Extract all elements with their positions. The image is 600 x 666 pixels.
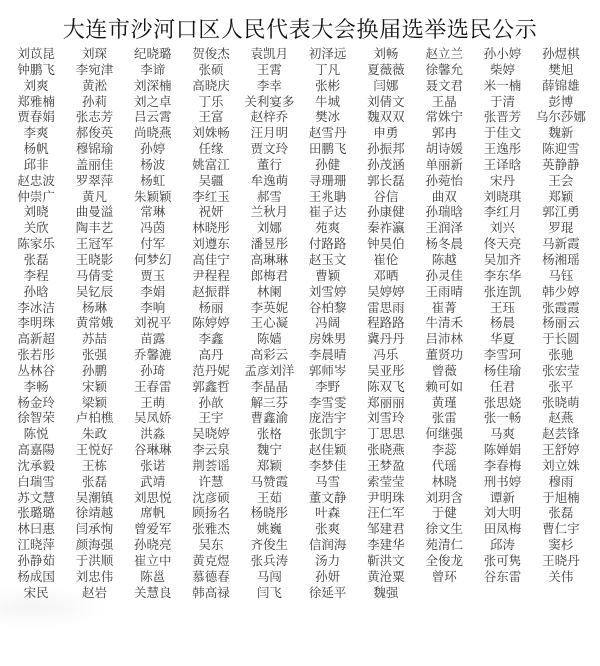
voter-name: 江晓萍 bbox=[7, 537, 65, 553]
voter-name: 郑颖 bbox=[532, 189, 590, 205]
voter-name: 陈双飞 bbox=[357, 379, 415, 395]
voter-name: 刘忠伟 bbox=[65, 569, 123, 585]
roster-row: 高嘉陽 王悦好 谷琳琳 李云泉 魏宁 赵佳颖 张晓燕 李蕊 陈婵娟 王舒婷 bbox=[7, 442, 590, 458]
voter-name: 索莹莹 bbox=[357, 474, 415, 490]
voter-name: 胡诗媛 bbox=[415, 141, 473, 157]
voter-name: 王宇 bbox=[182, 410, 240, 426]
voter-name: 任缘 bbox=[182, 141, 240, 157]
voter-name: 沈彦硕 bbox=[182, 490, 240, 506]
voter-name: 刘兴 bbox=[473, 220, 531, 236]
voter-name: 樊冰 bbox=[298, 109, 356, 125]
voter-name: 杨晓彤 bbox=[240, 505, 298, 521]
voter-name: 曾环 bbox=[415, 569, 473, 585]
voter-name: 刘姝畅 bbox=[182, 125, 240, 141]
voter-name: 李冰洁 bbox=[7, 300, 65, 316]
voter-name: 陈婷婷 bbox=[182, 315, 240, 331]
voter-name: 赵佳颖 bbox=[298, 442, 356, 458]
roster-row: 赵忠波 罗翠萍 杨虹 吴疆 牟逸萌 寻珊珊 郭长磊 孙菀怡 宋丹 王会 bbox=[7, 173, 590, 189]
voter-name: 朱颖颖 bbox=[124, 189, 182, 205]
voter-name: 刘雪玲 bbox=[357, 410, 415, 426]
voter-name: 陈越 bbox=[415, 252, 473, 268]
roster-row: 白瑞雪 张磊 武靖 许慧 马赞霞 马雪 索莹莹 林晓 刑书婷 穆雨 bbox=[7, 474, 590, 490]
voter-name: 代瑶 bbox=[415, 458, 473, 474]
scan-artifact bbox=[0, 585, 110, 630]
voter-name: 崔子达 bbox=[298, 204, 356, 220]
voter-name: 丁凡 bbox=[298, 62, 356, 78]
voter-name: 魏新 bbox=[532, 125, 590, 141]
voter-name: 李野 bbox=[298, 379, 356, 395]
voter-name: 祝妍 bbox=[182, 204, 240, 220]
voter-name: 罗琨 bbox=[532, 220, 590, 236]
voter-name: 袁凯月 bbox=[240, 46, 298, 62]
voter-name: 何继强 bbox=[415, 426, 473, 442]
voter-name: 郭冉 bbox=[415, 125, 473, 141]
voter-name: 李红玉 bbox=[182, 189, 240, 205]
voter-name: 牟逸萌 bbox=[240, 173, 298, 189]
voter-name: 刘倩文 bbox=[357, 94, 415, 110]
voter-name: 李鑫 bbox=[182, 331, 240, 347]
voter-name: 颜海强 bbox=[65, 537, 123, 553]
voter-name: 常琳 bbox=[124, 204, 182, 220]
voter-name: 张志芳 bbox=[65, 109, 123, 125]
voter-name: 于清 bbox=[473, 94, 531, 110]
voter-name: 张磊 bbox=[532, 505, 590, 521]
voter-name: 孙婷 bbox=[124, 141, 182, 157]
voter-name: 于洪顺 bbox=[65, 553, 123, 569]
voter-name: 张晓萌 bbox=[532, 395, 590, 411]
voter-name: 佟天亮 bbox=[473, 236, 531, 252]
voter-name: 苏喆 bbox=[65, 331, 123, 347]
roster-row: 贾春娟 张志芳 吕云霄 王富 赵梓乔 樊冰 魏双双 常姝宁 张晋芳 乌尔莎娜 bbox=[7, 109, 590, 125]
voter-name: 于健 bbox=[415, 505, 473, 521]
voter-name: 崔菁 bbox=[415, 300, 473, 316]
voter-name: 钟昊伯 bbox=[357, 236, 415, 252]
voter-name: 郭师岑 bbox=[298, 363, 356, 379]
voter-name: 张雷 bbox=[415, 410, 473, 426]
voter-name: 吴凤娇 bbox=[124, 410, 182, 426]
voter-name: 吴加齐 bbox=[473, 252, 531, 268]
voter-name: 郑颖 bbox=[240, 458, 298, 474]
voter-name: 贺俊杰 bbox=[182, 46, 240, 62]
voter-name: 杨丽 bbox=[182, 300, 240, 316]
voter-name: 杨佳瑜 bbox=[473, 363, 531, 379]
voter-name: 吴婷婷 bbox=[357, 284, 415, 300]
voter-name: 赵立兰 bbox=[415, 46, 473, 62]
roster-row: 张璐璐 徐靖越 席帆 顾扬名 杨晓彤 叶森 汪仁军 于健 刘大明 张磊 bbox=[7, 505, 590, 521]
voter-name: 张可隽 bbox=[473, 553, 531, 569]
voter-name: 赵忠波 bbox=[7, 173, 65, 189]
voter-name: 英静静 bbox=[532, 157, 590, 173]
voter-name: 魏强 bbox=[357, 585, 415, 601]
voter-name: 马钰 bbox=[532, 268, 590, 284]
voter-name: 邱非 bbox=[7, 157, 65, 173]
roster-row: 杨帆 穆锦瑜 孙婷 任缘 贾文玲 田鹏飞 孙振邦 胡诗媛 王逸彤 陈迎雪 bbox=[7, 141, 590, 157]
voter-name: 洪淼 bbox=[124, 426, 182, 442]
voter-name: 魏宁 bbox=[240, 442, 298, 458]
voter-name: 汤力 bbox=[298, 553, 356, 569]
voter-name: 杨冬晨 bbox=[415, 236, 473, 252]
voter-name: 信润海 bbox=[298, 537, 356, 553]
roster-row: 李畅 宋颖 王春雷 郭鑫哲 李晶晶 李野 陈双飞 赖可如 任君 张平 bbox=[7, 379, 590, 395]
voter-name: 孙妍 bbox=[298, 569, 356, 585]
voter-name: 初泽远 bbox=[298, 46, 356, 62]
voter-name: 李晶晶 bbox=[240, 379, 298, 395]
voter-name: 白瑞雪 bbox=[7, 474, 65, 490]
roster-row: 高新超 苏喆 苗露 李鑫 陈嫱 房姝男 冀丹丹 吕沛林 华夏 于长圆 bbox=[7, 331, 590, 347]
voter-name: 潘昱彤 bbox=[240, 236, 298, 252]
voter-name: 刘晓 bbox=[7, 204, 65, 220]
voter-name: 张若彤 bbox=[7, 347, 65, 363]
voter-name: 孙茂涵 bbox=[357, 157, 415, 173]
voter-name: 单丽新 bbox=[415, 157, 473, 173]
voter-name: 刘之卓 bbox=[124, 94, 182, 110]
voter-name: 王茹 bbox=[240, 490, 298, 506]
voter-name: 刘遵东 bbox=[182, 236, 240, 252]
voter-name: 田凤梅 bbox=[473, 521, 531, 537]
voter-name: 曾薇 bbox=[415, 363, 473, 379]
voter-name: 马赞霞 bbox=[240, 474, 298, 490]
voter-name: 吕云霄 bbox=[124, 109, 182, 125]
roster-row: 陈家乐 王冠军 付军 刘遵东 潘昱彤 付路路 钟昊伯 杨冬晨 佟天亮 马新霞 bbox=[7, 236, 590, 252]
voter-name: 汪月明 bbox=[240, 125, 298, 141]
voter-name: 林阑 bbox=[240, 284, 298, 300]
voter-name: 王富 bbox=[182, 109, 240, 125]
voter-name: 孙莉 bbox=[65, 94, 123, 110]
voter-name: 丁乐 bbox=[182, 94, 240, 110]
voter-name: 张宏莹 bbox=[532, 363, 590, 379]
voter-name: 曹颖 bbox=[298, 268, 356, 284]
voter-name: 王霄 bbox=[240, 62, 298, 78]
document-title: 大连市沙河口区人民代表大会换届选举选民公示 bbox=[0, 19, 600, 43]
voter-name: 尹程程 bbox=[182, 268, 240, 284]
voter-name: 高新超 bbox=[7, 331, 65, 347]
voter-name: 于佳文 bbox=[473, 125, 531, 141]
voter-name: 张晋芳 bbox=[473, 109, 531, 125]
voter-name: 李英妮 bbox=[240, 300, 298, 316]
voter-name: 赵玉文 bbox=[298, 252, 356, 268]
roster-row: 仲崇广 黄凡 朱颖颖 李红玉 郝雪 王兆聃 谷信 曲双 刘晓琪 郑颖 bbox=[7, 189, 590, 205]
roster-row: 张磊 王晓影 何梦幻 高佳宁 高琳琳 赵玉文 崔伦 陈越 吴加齐 杨湘瑶 bbox=[7, 252, 590, 268]
voter-name: 郑丽丽 bbox=[357, 395, 415, 411]
voter-name: 王译晗 bbox=[473, 157, 531, 173]
voter-name: 杨波 bbox=[124, 157, 182, 173]
voter-name: 杨晨 bbox=[473, 315, 531, 331]
voter-name: 于旭楠 bbox=[532, 490, 590, 506]
voter-name: 贾玉 bbox=[124, 268, 182, 284]
voter-name: 魏双双 bbox=[357, 109, 415, 125]
voter-name: 陈婵娟 bbox=[473, 442, 531, 458]
voter-name: 刑书婷 bbox=[473, 474, 531, 490]
voter-name: 马爽 bbox=[473, 426, 531, 442]
voter-name: 冯阔 bbox=[298, 315, 356, 331]
voter-name: 齐俊生 bbox=[240, 537, 298, 553]
voter-name: 顾扬名 bbox=[182, 505, 240, 521]
voter-name: 孙振邦 bbox=[357, 141, 415, 157]
voter-name: 付路路 bbox=[298, 236, 356, 252]
voter-name: 李娟 bbox=[124, 284, 182, 300]
voter-name: 尹明珠 bbox=[357, 490, 415, 506]
voter-name: 谷信 bbox=[357, 189, 415, 205]
roster-row: 刘爽 黄淞 刘深楠 高晓庆 李幸 张彬 闫娜 聂文君 米一楠 薛锦雄 bbox=[7, 78, 590, 94]
roster-row: 徐智荣 卢柏樵 吴凤娇 王宇 曹鑫渝 庞浩宇 刘雪玲 张雷 张一畅 赵燕 bbox=[7, 410, 590, 426]
voter-name: 武靖 bbox=[124, 474, 182, 490]
voter-name: 张格 bbox=[240, 426, 298, 442]
roster-row: 沈承毅 王栋 张诺 荆荟谣 郑颖 李梦佳 王梦盈 代瑶 李春梅 刘立姝 bbox=[7, 458, 590, 474]
voter-name: 王晓丹 bbox=[532, 553, 590, 569]
voter-name: 苑清仁 bbox=[415, 537, 473, 553]
voter-name: 李雪雯 bbox=[298, 395, 356, 411]
voter-name: 刘思悦 bbox=[124, 490, 182, 506]
voter-name: 孙灵佳 bbox=[415, 268, 473, 284]
voter-name: 张爽 bbox=[298, 521, 356, 537]
voter-name: 杨成国 bbox=[7, 569, 65, 585]
voter-name: 王冠军 bbox=[65, 236, 123, 252]
voter-name: 兰秋月 bbox=[240, 204, 298, 220]
voter-name: 张诺 bbox=[124, 458, 182, 474]
voter-name: 陈悦 bbox=[7, 426, 65, 442]
voter-name: 张雅杰 bbox=[182, 521, 240, 537]
voter-name: 刘苡昆 bbox=[7, 46, 65, 62]
voter-name: 孙晗 bbox=[7, 284, 65, 300]
roster-row: 江晓萍 颜海强 孙晓亮 吴东 齐俊生 信润海 李建华 苑清仁 邱涛 窦杉 bbox=[7, 537, 590, 553]
voter-name: 陈嫱 bbox=[240, 331, 298, 347]
voter-name: 郎梅君 bbox=[240, 268, 298, 284]
voter-name: 孙健 bbox=[298, 157, 356, 173]
voter-name: 华夏 bbox=[473, 331, 531, 347]
voter-name: 杨虹 bbox=[124, 173, 182, 189]
voter-name: 姚富江 bbox=[182, 157, 240, 173]
voter-name: 聂文君 bbox=[415, 78, 473, 94]
roster-row: 刘苡昆 刘琛 纪晓璐 贺俊杰 袁凯月 初泽远 刘畅 赵立兰 孙小婷 孙煜棋 bbox=[7, 46, 590, 62]
voter-name: 关利宴多 bbox=[240, 94, 298, 110]
voter-name: 林晓 bbox=[415, 474, 473, 490]
voter-name: 韩少婷 bbox=[532, 284, 590, 300]
voter-name: 孟彦刘洋 bbox=[240, 363, 298, 379]
voter-name: 席帆 bbox=[124, 505, 182, 521]
voter-name: 何梦幻 bbox=[124, 252, 182, 268]
voter-name: 张璐璐 bbox=[7, 505, 65, 521]
voter-name: 马闯 bbox=[240, 569, 298, 585]
voter-name: 李雪珂 bbox=[473, 347, 531, 363]
voter-name: 靳洪文 bbox=[357, 553, 415, 569]
voter-name: 吕沛林 bbox=[415, 331, 473, 347]
voter-name: 田鹏飞 bbox=[298, 141, 356, 157]
voter-name: 秦祚瀛 bbox=[357, 220, 415, 236]
voter-name: 张连凯 bbox=[473, 284, 531, 300]
voter-name: 陶丰艺 bbox=[65, 220, 123, 236]
voter-name: 邹建君 bbox=[357, 521, 415, 537]
voter-name: 刘立姝 bbox=[532, 458, 590, 474]
voter-name: 王会 bbox=[532, 173, 590, 189]
voter-name: 闫娜 bbox=[357, 78, 415, 94]
voter-name: 曾爱军 bbox=[124, 521, 182, 537]
roster-row: 邱非 盖丽佳 杨波 姚富江 董行 孙健 孙茂涵 单丽新 王译晗 英静静 bbox=[7, 157, 590, 173]
voter-name: 关伟 bbox=[532, 569, 590, 585]
voter-name: 张彬 bbox=[298, 78, 356, 94]
voter-name: 薛锦雄 bbox=[532, 78, 590, 94]
voter-name: 慕德春 bbox=[182, 569, 240, 585]
voter-name: 孙琦 bbox=[124, 363, 182, 379]
voter-name: 全俊龙 bbox=[415, 553, 473, 569]
voter-name: 李明珠 bbox=[7, 315, 65, 331]
voter-name: 张磊 bbox=[7, 252, 65, 268]
voter-name: 郭长磊 bbox=[357, 173, 415, 189]
voter-name: 赵芸锋 bbox=[532, 426, 590, 442]
voter-name: 张凯宇 bbox=[298, 426, 356, 442]
voter-name: 李红月 bbox=[473, 204, 531, 220]
voter-name: 苗露 bbox=[124, 331, 182, 347]
voter-name: 穆雨 bbox=[532, 474, 590, 490]
roster-row: 杨成国 刘忠伟 陈邕 慕德春 马闯 孙妍 黄沧粟 曾环 谷东雷 关伟 bbox=[7, 569, 590, 585]
voter-name: 吴钇辰 bbox=[65, 284, 123, 300]
voter-name: 张平 bbox=[532, 379, 590, 395]
voter-name: 孙菀怡 bbox=[415, 173, 473, 189]
roster-row: 张若彤 张强 乔馨漉 高丹 高彩云 李晨晴 冯乐 董贤功 李雪珂 张驰 bbox=[7, 347, 590, 363]
voter-name: 丁思思 bbox=[357, 426, 415, 442]
roster-row: 刘晓 曲曼溢 常琳 祝妍 兰秋月 崔子达 孙康健 孙瑞晗 李红月 郭江勇 bbox=[7, 204, 590, 220]
voter-name: 姚巍 bbox=[240, 521, 298, 537]
voter-name: 刘雪婷 bbox=[298, 284, 356, 300]
voter-name: 刘琛 bbox=[65, 46, 123, 62]
roster-row: 李爽 郝俊英 尚晓燕 刘姝畅 汪月明 赵雪丹 申勇 郭冉 于佳文 魏新 bbox=[7, 125, 590, 141]
voter-name: 米一楠 bbox=[473, 78, 531, 94]
voter-name: 赖可如 bbox=[415, 379, 473, 395]
voter-name: 雷思雨 bbox=[357, 300, 415, 316]
voter-name: 黄克煜 bbox=[182, 553, 240, 569]
roster-row: 孙晗 吴钇辰 李娟 赵振群 林阑 刘雪婷 吴婷婷 王雨晴 张连凯 韩少婷 bbox=[7, 284, 590, 300]
voter-name: 吴疆 bbox=[182, 173, 240, 189]
voter-name: 曹仁宇 bbox=[532, 521, 590, 537]
roster-row: 郑雅楠 孙莉 刘之卓 丁乐 关利宴多 牛城 刘倩文 王晶 于清 彭博 bbox=[7, 94, 590, 110]
voter-name: 曲双 bbox=[415, 189, 473, 205]
voter-name: 范丹妮 bbox=[182, 363, 240, 379]
voter-name: 孙小婷 bbox=[473, 46, 531, 62]
voter-name: 李响 bbox=[124, 300, 182, 316]
voter-name: 许慧 bbox=[182, 474, 240, 490]
voter-name: 李建华 bbox=[357, 537, 415, 553]
voter-name: 李春梅 bbox=[473, 458, 531, 474]
voter-name: 常姝宁 bbox=[415, 109, 473, 125]
voter-name: 丛林谷 bbox=[7, 363, 65, 379]
voter-name: 牛城 bbox=[298, 94, 356, 110]
voter-name: 郝俊英 bbox=[65, 125, 123, 141]
voter-name: 吴亚彤 bbox=[357, 363, 415, 379]
voter-name: 程路路 bbox=[357, 315, 415, 331]
voter-name: 高彩云 bbox=[240, 347, 298, 363]
voter-name: 杨帆 bbox=[7, 141, 65, 157]
voter-name: 王梦盈 bbox=[357, 458, 415, 474]
voter-name: 高佳宁 bbox=[182, 252, 240, 268]
voter-name: 赵燕 bbox=[532, 410, 590, 426]
voter-name: 孙鹏 bbox=[65, 363, 123, 379]
voter-name: 崔立中 bbox=[124, 553, 182, 569]
voter-name: 牛清禾 bbox=[415, 315, 473, 331]
voter-name: 陈家乐 bbox=[7, 236, 65, 252]
voter-name: 赵梓乔 bbox=[240, 109, 298, 125]
roster-row: 林曰惠 闫承恂 曾爱军 张雅杰 姚巍 张爽 邹建君 徐文生 田凤梅 曹仁宇 bbox=[7, 521, 590, 537]
voter-name: 杨金玲 bbox=[7, 395, 65, 411]
voter-name: 盖丽佳 bbox=[65, 157, 123, 173]
voter-name: 李畅 bbox=[7, 379, 65, 395]
voter-name: 刘娜 bbox=[240, 220, 298, 236]
voter-name: 彭博 bbox=[532, 94, 590, 110]
voter-name: 罗翠萍 bbox=[65, 173, 123, 189]
voter-name: 窦杉 bbox=[532, 537, 590, 553]
voter-name: 徐靖越 bbox=[65, 505, 123, 521]
voter-name: 刘深楠 bbox=[124, 78, 182, 94]
voter-name: 林曰惠 bbox=[7, 521, 65, 537]
voter-name: 冯乐 bbox=[357, 347, 415, 363]
voter-name: 李宛津 bbox=[65, 62, 123, 78]
voter-name: 张兵涛 bbox=[240, 553, 298, 569]
voter-name: 王春雷 bbox=[124, 379, 182, 395]
voter-name: 孙晓亮 bbox=[124, 537, 182, 553]
voter-name: 黄凡 bbox=[65, 189, 123, 205]
voter-name: 王珏 bbox=[473, 300, 531, 316]
voter-name: 吴潮镇 bbox=[65, 490, 123, 506]
voter-name: 孙煜棋 bbox=[532, 46, 590, 62]
voter-name: 高嘉陽 bbox=[7, 442, 65, 458]
voter-name: 孙歆 bbox=[182, 395, 240, 411]
voter-name: 林晓彤 bbox=[182, 220, 240, 236]
voter-name: 黄淞 bbox=[65, 78, 123, 94]
voter-name: 樊旭 bbox=[532, 62, 590, 78]
voter-name: 徐智荣 bbox=[7, 410, 65, 426]
voter-name: 任君 bbox=[473, 379, 531, 395]
voter-name: 王晶 bbox=[415, 94, 473, 110]
voter-name: 王晓影 bbox=[65, 252, 123, 268]
voter-name: 张磊 bbox=[65, 474, 123, 490]
voter-name: 黄瑾 bbox=[415, 395, 473, 411]
voter-name: 李梦佳 bbox=[298, 458, 356, 474]
voter-name: 孙静茹 bbox=[7, 553, 65, 569]
voter-name: 寻珊珊 bbox=[298, 173, 356, 189]
voter-name: 张思娆 bbox=[473, 395, 531, 411]
voter-name: 刘祝平 bbox=[124, 315, 182, 331]
voter-name: 李谛 bbox=[124, 62, 182, 78]
voter-name: 李爽 bbox=[7, 125, 65, 141]
voter-name: 冯茵 bbox=[124, 220, 182, 236]
voter-name: 关欣 bbox=[7, 220, 65, 236]
voter-name: 吴晓婷 bbox=[182, 426, 240, 442]
voter-name: 高琳琳 bbox=[240, 252, 298, 268]
voter-name: 穆锦瑜 bbox=[65, 141, 123, 157]
voter-name: 谷东雷 bbox=[473, 569, 531, 585]
voter-name: 马倩雯 bbox=[65, 268, 123, 284]
voter-name: 崔伦 bbox=[357, 252, 415, 268]
voter-name: 谷柏黎 bbox=[298, 300, 356, 316]
voter-name: 尚晓燕 bbox=[124, 125, 182, 141]
voter-name: 董贤功 bbox=[415, 347, 473, 363]
voter-name: 冀丹丹 bbox=[357, 331, 415, 347]
voter-name: 杨丽云 bbox=[532, 315, 590, 331]
voter-name: 仲崇广 bbox=[7, 189, 65, 205]
voter-name: 高丹 bbox=[182, 347, 240, 363]
roster-row: 孙静茹 于洪顺 崔立中 黄克煜 张兵涛 汤力 靳洪文 全俊龙 张可隽 王晓丹 bbox=[7, 553, 590, 569]
voter-name: 荆荟谣 bbox=[182, 458, 240, 474]
voter-name: 刘玥含 bbox=[415, 490, 473, 506]
voter-name: 夏薇薇 bbox=[357, 62, 415, 78]
voter-name: 郭鑫哲 bbox=[182, 379, 240, 395]
voter-name: 庞浩宇 bbox=[298, 410, 356, 426]
voter-name: 杨琳 bbox=[65, 300, 123, 316]
voter-name: 刘畅 bbox=[357, 46, 415, 62]
voter-name: 李云泉 bbox=[182, 442, 240, 458]
voter-name: 王舒婷 bbox=[532, 442, 590, 458]
roster-row: 李程 马倩雯 贾玉 尹程程 郎梅君 曹颖 邓晒 孙灵佳 李东华 马钰 bbox=[7, 268, 590, 284]
voter-name: 王心凝 bbox=[240, 315, 298, 331]
voter-name: 王栋 bbox=[65, 458, 123, 474]
